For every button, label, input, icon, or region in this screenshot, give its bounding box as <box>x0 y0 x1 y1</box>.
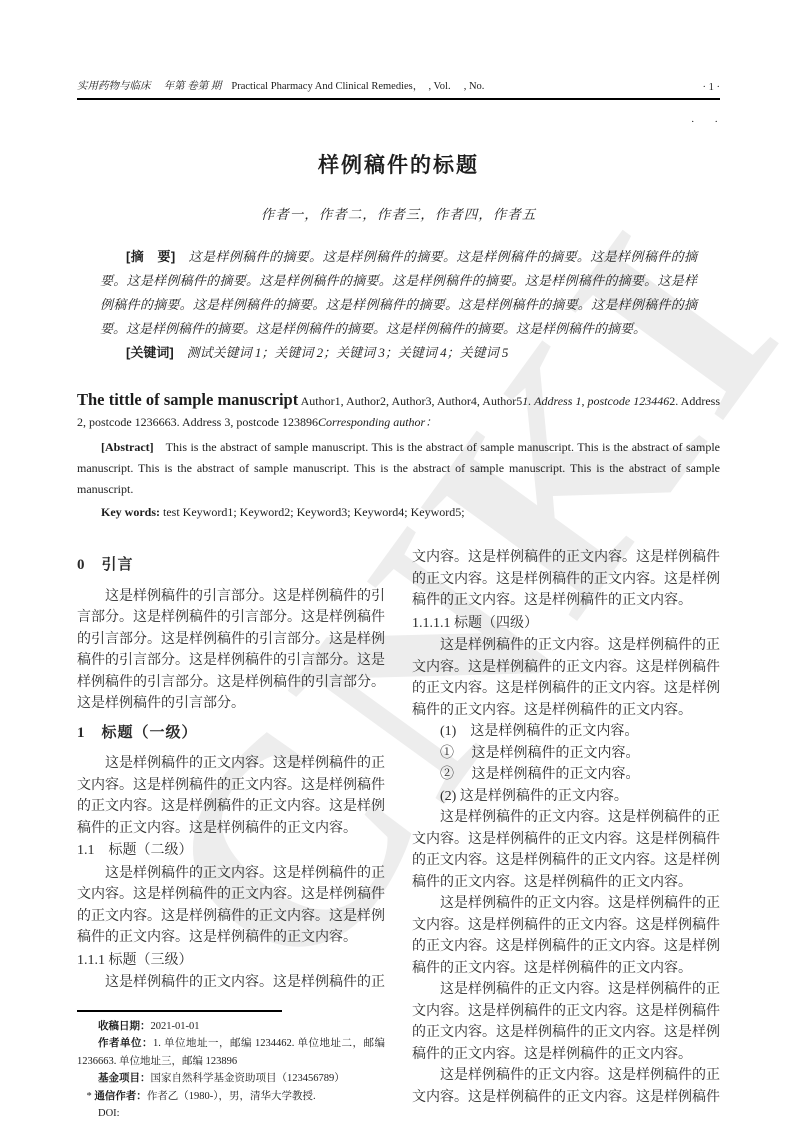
footnote-corresponding: * 通信作者：作者乙（1980-），男，清华大学教授. <box>77 1088 385 1106</box>
authors-en: Author1, Author2, Author3, Author4, Auth… <box>298 394 522 408</box>
running-head-left: 实用药物与临床 年第 卷第 期 Practical Pharmacy And C… <box>77 78 484 93</box>
address-1: 1. Address 1, postcode 123446 <box>522 394 669 408</box>
footnote-value: 作者乙（1980-），男，清华大学教授. <box>147 1091 316 1102</box>
page-mark: · · <box>77 113 720 129</box>
heading-level-2: 1.1 标题（二级） <box>77 840 385 862</box>
abstract-cn: [摘 要]这是样例稿件的摘要。这是样例稿件的摘要。这是样例稿件的摘要。这是样例稿… <box>100 245 697 341</box>
heading-level-4: 1.1.1.1 标题（四级） <box>412 613 720 635</box>
footnote-fund: 基金项目：国家自然科学基金资助项目（123456789） <box>77 1070 385 1088</box>
body-paragraph: 这是样例稿件的正文内容。这是样例稿件的正文内容。这是样例稿件的正文内容。这是样例… <box>412 807 720 893</box>
keywords-text-en: test Keyword1; Keyword2; Keyword3; Keywo… <box>160 505 465 519</box>
abstract-text-cn: 这是样例稿件的摘要。这是样例稿件的摘要。这是样例稿件的摘要。这是样例稿件的摘要。… <box>100 249 697 336</box>
heading-level-1: 1 标题（一级） <box>77 723 385 745</box>
list-item-circle-2: ② 这是样例稿件的正文内容。 <box>412 764 720 786</box>
page-content: 实用药物与临床 年第 卷第 期 Practical Pharmacy And C… <box>77 78 720 1123</box>
body-paragraph: 这是样例稿件的正文内容。这是样例稿件的正文内容。这是样例稿件的正文内容。这是样例… <box>77 753 385 839</box>
abstract-en: [Abstract]This is the abstract of sample… <box>77 437 720 500</box>
footnote-label: 收稿日期： <box>98 1020 151 1032</box>
right-column: 文内容。这是样例稿件的正文内容。这是样例稿件的正文内容。这是样例稿件的正文内容。… <box>412 547 720 1123</box>
list-item-2: (2) 这是样例稿件的正文内容。 <box>412 786 720 808</box>
body-columns: 0 引言 这是样例稿件的引言部分。这是样例稿件的引言部分。这是样例稿件的引言部分… <box>77 547 720 1123</box>
footnote-doi: DOI: <box>77 1105 385 1123</box>
keywords-cn: [关键词]测试关键词 1；关键词 2；关键词 3；关键词 4；关键词 5 <box>100 341 697 365</box>
page-number: · 1 · <box>703 82 721 93</box>
journal-title-en: Practical Pharmacy And Clinical Remedies… <box>231 78 484 93</box>
footnote-received-date: 收稿日期：2021-01-01 <box>77 1018 385 1036</box>
english-block: The tittle of sample manuscript Author1,… <box>77 389 720 523</box>
intro-paragraph: 这是样例稿件的引言部分。这是样例稿件的引言部分。这是样例稿件的引言部分。这是样例… <box>77 586 385 715</box>
list-item-circle-1: ① 这是样例稿件的正文内容。 <box>412 743 720 765</box>
keywords-en: Key words: test Keyword1; Keyword2; Keyw… <box>77 502 720 523</box>
footnote-label: 作者单位： <box>98 1037 153 1049</box>
list-item-1: (1) 这是样例稿件的正文内容。 <box>412 721 720 743</box>
article-title-cn: 样例稿件的标题 <box>77 149 720 179</box>
footnote-affiliation: 作者单位：1. 单位地址一，邮编 1234462. 单位地址二，邮编 12366… <box>77 1035 385 1070</box>
body-paragraph: 这是样例稿件的正文内容。这是样例稿件的正文内容。这是样例稿件的正文内容。这是样例… <box>412 635 720 721</box>
footnote-label: 基金项目： <box>98 1072 151 1084</box>
abstract-label-cn: [摘 要] <box>126 249 175 264</box>
footnote-rule <box>77 1010 282 1012</box>
chinese-abstract-block: [摘 要]这是样例稿件的摘要。这是样例稿件的摘要。这是样例稿件的摘要。这是样例稿… <box>100 245 697 365</box>
corresponding-author-note: Corresponding author： <box>318 415 437 429</box>
body-paragraph-truncated: 这是样例稿件的正文内容。这是样例稿件的正文内容。这是样例稿件的正文内容。这是样例… <box>412 1065 720 1108</box>
body-paragraph: 这是样例稿件的正文内容。这是样例稿件的正文内容。这是样例稿件的正文内容。这是样例… <box>412 893 720 979</box>
body-paragraph: 这是样例稿件的正文内容。这是样例稿件的正文内容。这是样例稿件的正文内容。这是样例… <box>77 863 385 949</box>
abstract-text-en: This is the abstract of sample manuscrip… <box>77 440 720 496</box>
english-title-line: The tittle of sample manuscript Author1,… <box>77 389 720 433</box>
footnote-block: 收稿日期：2021-01-01 作者单位：1. 单位地址一，邮编 1234462… <box>77 1010 385 1123</box>
heading-intro: 0 引言 <box>77 555 385 577</box>
authors-cn: 作者一，作者二，作者三，作者四，作者五 <box>77 203 720 223</box>
body-paragraph: 这是样例稿件的正文内容。这是样例稿件的正 <box>77 972 385 994</box>
footnote-value: 2021-01-01 <box>151 1021 200 1032</box>
keywords-text-cn: 测试关键词 1；关键词 2；关键词 3；关键词 4；关键词 5 <box>187 345 509 360</box>
abstract-label-en: [Abstract] <box>101 440 154 454</box>
footnote-label: DOI: <box>98 1108 120 1119</box>
running-head: 实用药物与临床 年第 卷第 期 Practical Pharmacy And C… <box>77 78 720 100</box>
manuscript-page: CNKI 实用药物与临床 年第 卷第 期 Practical Pharmacy … <box>0 0 794 1123</box>
asterisk-mark: * <box>86 1091 91 1102</box>
article-title-en: The tittle of sample manuscript <box>77 390 298 409</box>
left-column: 0 引言 这是样例稿件的引言部分。这是样例稿件的引言部分。这是样例稿件的引言部分… <box>77 547 385 1123</box>
journal-title-cn: 实用药物与临床 年第 卷第 期 <box>77 78 221 93</box>
keywords-label-en: Key words: <box>101 505 160 519</box>
footnote-label: 通信作者： <box>94 1090 147 1102</box>
body-paragraph-continued: 文内容。这是样例稿件的正文内容。这是样例稿件的正文内容。这是样例稿件的正文内容。… <box>412 547 720 612</box>
keywords-label-cn: [关键词] <box>126 345 174 360</box>
heading-level-3: 1.1.1 标题（三级） <box>77 950 385 972</box>
body-paragraph: 这是样例稿件的正文内容。这是样例稿件的正文内容。这是样例稿件的正文内容。这是样例… <box>412 979 720 1065</box>
footnote-value: 国家自然科学基金资助项目（123456789） <box>151 1073 345 1084</box>
